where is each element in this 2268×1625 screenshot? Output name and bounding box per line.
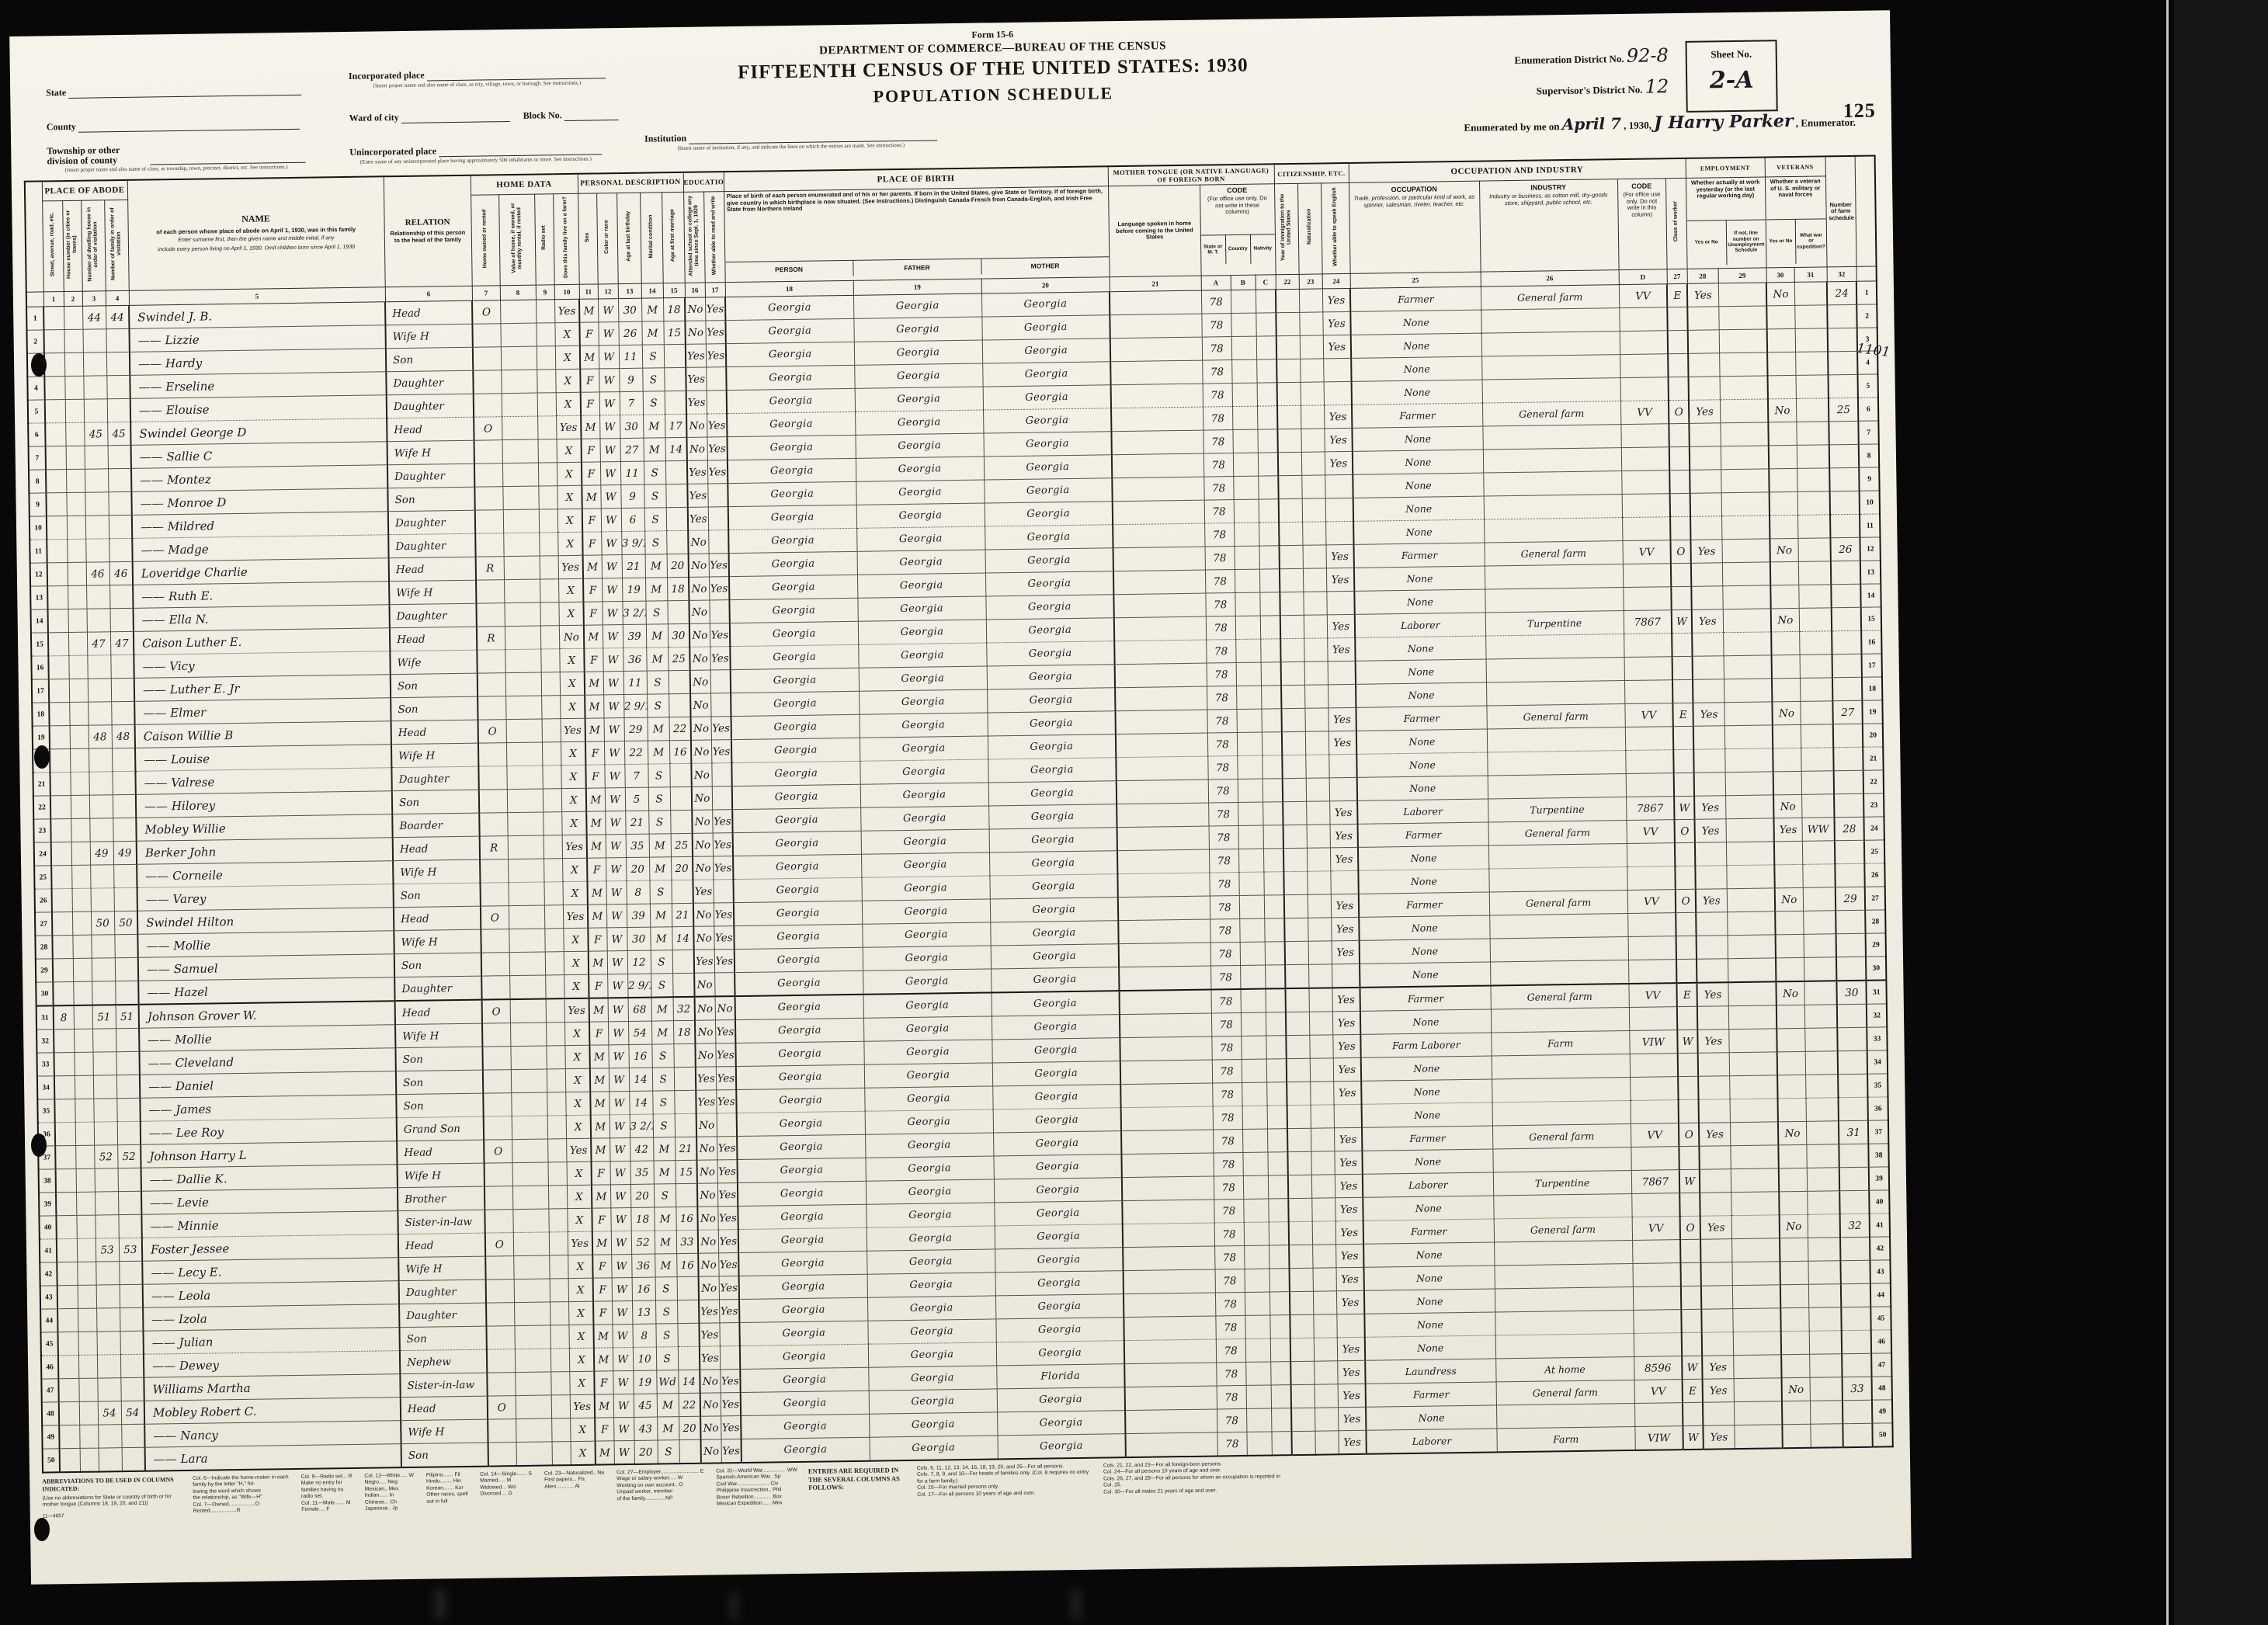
cell-sx: F [579, 322, 598, 345]
cell-blank [1241, 989, 1266, 1013]
cell-blank [64, 329, 82, 352]
cell-bf: Georgia [856, 503, 985, 528]
cell-blank [1301, 475, 1325, 498]
cell-ms: S [653, 1114, 675, 1137]
cell-ind [1495, 1310, 1633, 1335]
cell-ms: M [648, 741, 669, 764]
cell-bp: Georgia [739, 1321, 867, 1345]
cell-am: 15 [676, 1160, 697, 1183]
cell-fa: 48 [112, 724, 135, 748]
cell-fa [108, 445, 131, 468]
cell-blank [1261, 686, 1281, 709]
cell-blank [1723, 609, 1771, 633]
township-field: Township or other division of county (In… [47, 143, 305, 174]
cell-blank [1122, 1153, 1214, 1178]
cell-bf: Georgia [867, 1273, 995, 1297]
column-number: 19 [853, 279, 981, 295]
cell-cr: W [608, 1022, 628, 1045]
cell-sx: F [583, 578, 602, 602]
line-col-head-right [1855, 155, 1877, 266]
cell-blank [1266, 988, 1286, 1012]
cell-hm [481, 976, 509, 1000]
cell-vn [1780, 1261, 1808, 1284]
cell-bp: Georgia [728, 528, 856, 553]
cell-ag: 19 [633, 1370, 656, 1394]
cell-ind [1493, 1193, 1631, 1218]
cell-ind [1483, 425, 1621, 450]
cell-ln: 2 [26, 330, 43, 353]
cell-blank [67, 539, 85, 562]
cell-blank [1126, 1432, 1217, 1457]
cell-blank [75, 1075, 93, 1099]
cell-fm: Yes [562, 835, 587, 858]
cell-bf: Georgia [854, 340, 982, 365]
cell-fs [1828, 328, 1857, 352]
cell-rw [708, 507, 728, 530]
cell-ln: 34 [37, 1076, 54, 1099]
cell-bf: Georgia [859, 666, 987, 691]
cell-blank [542, 766, 561, 789]
cell-rw [710, 600, 730, 623]
cell-blank [1283, 871, 1307, 894]
cell-ag: 35 [626, 834, 649, 857]
cell-am: 15 [663, 321, 685, 344]
cell-blank [1308, 964, 1332, 988]
cell-blank [1270, 1362, 1290, 1385]
cell-od: VV [1629, 983, 1677, 1007]
naturalization-col-head: Naturalization [1297, 183, 1322, 274]
cell-vn: No [1771, 608, 1799, 631]
enumerated-date: April 7 [1562, 114, 1621, 134]
cell-fs [1831, 561, 1860, 585]
cell-blank [1238, 849, 1263, 872]
cell-fm: X [564, 974, 589, 998]
cell-fa [116, 1098, 140, 1121]
cell-blank [550, 1302, 568, 1325]
cell-dw: 44 [82, 306, 106, 329]
cell-sx: F [592, 1161, 610, 1185]
cell-ms: M [646, 624, 668, 648]
state-blank [68, 85, 301, 99]
cell-ca: 78 [1208, 780, 1238, 804]
cell-oc: None [1351, 333, 1481, 358]
cell-ln: 20 [1863, 724, 1883, 747]
cell-am [676, 1183, 697, 1207]
cell-ind: General farm [1481, 285, 1619, 310]
cell-bf: Georgia [869, 1389, 997, 1414]
cell-od [1620, 424, 1669, 448]
veteran-war-label: What war or expedition? [1796, 218, 1826, 264]
cell-nm: —— Lizzie [130, 325, 386, 352]
cell-bm: Georgia [984, 478, 1112, 503]
cell-vw [1801, 748, 1833, 772]
cell-blank [1263, 825, 1283, 849]
punch-hole [34, 1518, 50, 1541]
cell-ind [1488, 774, 1626, 799]
cell-vw [1801, 794, 1834, 818]
entries-left-list: Cols. 6, 11, 12, 13, 14, 16, 18, 19, 20,… [917, 1464, 1096, 1508]
cell-oc: None [1358, 869, 1488, 894]
cell-fs [1839, 1190, 1869, 1214]
cell-blank [1266, 1082, 1287, 1106]
cell-fa: 45 [107, 422, 130, 445]
film-band [2174, 0, 2268, 1625]
cell-blank [1305, 731, 1328, 755]
cell-oc: None [1356, 752, 1487, 777]
cell-ln: 23 [1863, 793, 1884, 817]
cell-oc: Farmer [1363, 1219, 1494, 1244]
cell-ca: 78 [1201, 314, 1231, 338]
relation-note: Relationship of this person to the head … [387, 228, 467, 243]
cell-bm: Georgia [992, 1015, 1120, 1040]
cell-fm: X [561, 788, 586, 811]
cell-oc: None [1365, 1335, 1495, 1360]
cell-cr: W [602, 555, 622, 578]
cell-re: Head [387, 417, 474, 442]
cell-bm: Georgia [993, 1108, 1121, 1133]
enumeration-district-field: Enumeration District No. 92-8 [1514, 44, 1669, 68]
cell-en: Yes [1335, 1197, 1363, 1220]
cell-oc: None [1352, 380, 1482, 405]
farm-schedule-col-head: Number of farm schedule [1825, 156, 1856, 267]
cell-blank [1117, 780, 1208, 804]
cell-rw: Yes [714, 950, 735, 973]
cell-ag: 39 [627, 904, 650, 927]
cell-fa [116, 1075, 140, 1098]
cell-ind [1494, 1240, 1632, 1265]
block-blank [564, 109, 619, 121]
column-number: 6 [385, 286, 472, 302]
cell-blank [1288, 1151, 1311, 1175]
cell-cr: W [606, 858, 626, 881]
cell-ln: 49 [1872, 1400, 1892, 1423]
cell-cr: W [598, 299, 618, 322]
cell-st [50, 796, 71, 819]
cell-fs [1838, 1050, 1867, 1075]
cell-ey [1689, 423, 1720, 447]
cell-bf: Georgia [864, 1063, 992, 1088]
cell-blank [70, 725, 89, 748]
cell-blank [1266, 1036, 1286, 1059]
cell-ln: 34 [1867, 1050, 1888, 1074]
cell-fa [120, 1307, 143, 1331]
cell-blank [1309, 988, 1332, 1012]
cell-ln: 44 [40, 1309, 57, 1332]
home-owned-col-label: Home owned or rented [481, 209, 488, 268]
cell-hm [474, 487, 502, 510]
cell-ca: 78 [1208, 803, 1238, 827]
cell-vn: No [1777, 981, 1804, 1005]
cell-od [1627, 913, 1676, 937]
cell-blank [1315, 1384, 1338, 1408]
cell-bm: Georgia [997, 1387, 1125, 1412]
cell-hm: O [482, 999, 510, 1023]
cell-oc: Laborer [1355, 613, 1485, 637]
cell-vn [1779, 1168, 1807, 1191]
street-col-head: Street, avenue, road, etc. [42, 201, 64, 292]
language-col-head: Language spoken in home before coming to… [1108, 185, 1201, 277]
cell-blank [1280, 592, 1303, 615]
cell-en: Yes [1338, 1407, 1366, 1430]
cell-hm [488, 1419, 516, 1443]
cell-blank [1728, 1029, 1777, 1053]
cell-oc: None [1359, 915, 1489, 940]
cell-fs: 26 [1831, 537, 1860, 561]
cell-blank [509, 929, 544, 953]
column-number: 2 [64, 291, 82, 306]
cell-rw: No [715, 996, 735, 1020]
cell-sc: No [685, 321, 705, 344]
cell-blank [1290, 1361, 1314, 1384]
cell-blank [1734, 1378, 1782, 1402]
cell-vn: No [1782, 1377, 1810, 1401]
cell-ey [1700, 1169, 1731, 1193]
cell-blank [512, 1186, 548, 1210]
cell-fm: X [558, 578, 583, 602]
cell-ca: 78 [1204, 523, 1234, 547]
cell-bf: Georgia [860, 759, 988, 784]
cell-fs [1833, 724, 1863, 748]
cell-fa [121, 1424, 144, 1447]
cell-ca: 78 [1210, 896, 1239, 920]
dwelling-number-col-label: Number of dwelling house in order of vis… [86, 203, 99, 285]
cell-dw: 46 [86, 562, 109, 585]
cell-vw [1797, 445, 1829, 469]
cell-cr: W [598, 322, 618, 345]
cell-od [1624, 657, 1672, 681]
cell-oc: Farmer [1356, 706, 1487, 731]
cell-ind [1483, 471, 1621, 496]
cell-sx: M [584, 625, 603, 648]
cell-cw: E [1683, 1379, 1703, 1402]
cell-blank [1122, 1176, 1214, 1201]
cell-fa [120, 1284, 143, 1307]
cell-fa [106, 352, 130, 375]
cell-fa [108, 491, 131, 515]
code-c-label: Nativity [1251, 234, 1276, 263]
state-label: State [46, 87, 66, 98]
cell-blank [1125, 1386, 1217, 1411]
cell-dw [82, 329, 106, 352]
cell-blank [1279, 522, 1302, 545]
cell-fa [109, 608, 133, 631]
cell-fm: Yes [568, 1231, 592, 1255]
cell-sc: Yes [696, 1067, 716, 1090]
census-scan-scene: Form 15-6 DEPARTMENT OF COMMERCE—BUREAU … [0, 0, 2268, 1625]
cell-blank [1281, 661, 1304, 685]
cell-blank [1235, 616, 1260, 639]
cell-sx: M [585, 718, 604, 741]
cell-ca: 78 [1209, 873, 1238, 897]
cell-blank [66, 446, 85, 469]
cell-st [44, 377, 64, 400]
cell-blank [511, 1069, 547, 1093]
cell-vw [1806, 1144, 1839, 1168]
cell-oc: Laborer [1357, 799, 1488, 824]
cell-fs [1836, 957, 1866, 981]
cell-dw [99, 1448, 122, 1472]
cell-cr: W [610, 1137, 630, 1161]
cell-ln: 8 [29, 470, 46, 493]
cell-sc: No [689, 577, 709, 600]
name-note-1: of each person whose place of abode on A… [131, 225, 380, 235]
cell-re: Daughter [388, 510, 475, 535]
cell-hm [478, 743, 506, 766]
cell-ey [1699, 1099, 1730, 1123]
cell-fa: 46 [109, 561, 133, 585]
cell-blank [1262, 709, 1282, 732]
cell-fm: No [559, 625, 584, 648]
cell-blank [1725, 795, 1773, 819]
cell-blank [548, 1209, 567, 1232]
cell-blank [507, 812, 543, 836]
cell-cr: W [604, 718, 624, 741]
cell-blank [68, 585, 86, 609]
cell-blank [1233, 429, 1258, 453]
cell-blank [77, 1262, 96, 1285]
cell-bm: Georgia [988, 804, 1117, 829]
cell-blank [1286, 1012, 1309, 1035]
cell-hm [476, 603, 504, 627]
industry-col-head: INDUSTRY Industry or business, as cotton… [1479, 179, 1619, 272]
cell-sx: M [580, 345, 599, 369]
cell-sc: Yes [700, 1323, 720, 1346]
cell-blank [1269, 1292, 1290, 1315]
county-field: County [47, 118, 300, 134]
cell-blank [546, 1023, 564, 1046]
cell-fs [1832, 677, 1862, 701]
cell-ln: 49 [42, 1425, 59, 1449]
cell-ms: M [641, 321, 663, 345]
cell-ey [1693, 656, 1724, 680]
cell-bp: Georgia [728, 458, 856, 483]
cell-oc: None [1361, 1056, 1492, 1081]
cell-blank [1265, 942, 1285, 965]
cell-sc: Yes [687, 460, 707, 484]
cell-blank [1231, 290, 1256, 313]
cell-blank [1268, 1175, 1288, 1199]
cell-fm: X [557, 462, 582, 485]
cell-en: Yes [1328, 707, 1356, 731]
cell-cr: W [603, 625, 623, 648]
cell-st [59, 1401, 79, 1425]
cell-cw [1676, 912, 1696, 936]
cell-ind: Turpentine [1485, 611, 1624, 636]
cell-vn [1773, 724, 1801, 748]
cell-ind: Turpentine [1488, 797, 1626, 822]
cell-sc: No [689, 600, 710, 623]
group-mother-tongue: MOTHER TONGUE (OR NATIVE LANGUAGE) OF FO… [1108, 164, 1274, 186]
cell-st [49, 703, 69, 726]
cell-cw: O [1675, 819, 1695, 842]
cell-bp: Georgia [732, 784, 860, 809]
cell-blank [1276, 289, 1299, 312]
radio-col-label: Radio set [541, 225, 547, 250]
cell-fm: Yes [563, 905, 588, 928]
cell-bf: Georgia [856, 433, 984, 458]
cell-re: Daughter [399, 1280, 486, 1304]
cell-blank [1720, 399, 1768, 423]
cell-blank [503, 533, 539, 557]
cell-blank [1283, 801, 1306, 825]
immigration-col-label: Year of immigration to the United States [1280, 186, 1293, 268]
cell-cw [1679, 1146, 1699, 1169]
cell-ln: 24 [1864, 817, 1884, 840]
cell-bp: Georgia [740, 1344, 868, 1369]
cell-blank [1724, 725, 1773, 749]
cell-blank [1240, 942, 1265, 965]
cell-oc: Farmer [1358, 822, 1488, 847]
cell-sx: M [581, 415, 599, 439]
cell-blank [1238, 779, 1263, 802]
cell-cr: W [613, 1370, 633, 1394]
cell-ln: 5 [1858, 374, 1878, 398]
cell-blank [1246, 1408, 1271, 1432]
cell-blank [1257, 406, 1277, 429]
cell-sx: M [590, 1092, 609, 1115]
cell-ey: Yes [1695, 819, 1726, 843]
cell-sc: No [700, 1416, 721, 1439]
cell-en [1324, 381, 1352, 405]
cell-blank [1256, 359, 1276, 383]
cell-vw [1794, 282, 1827, 306]
cell-blank [540, 626, 559, 649]
cell-sx: F [583, 602, 602, 625]
cell-bf: Georgia [861, 829, 989, 854]
cell-blank [540, 556, 558, 579]
cell-rw: Yes [710, 623, 730, 647]
cell-rw [707, 391, 727, 414]
cell-vw [1809, 1331, 1842, 1355]
cell-rw [720, 1346, 740, 1370]
cell-ln: 37 [1868, 1120, 1888, 1144]
column-number: 23 [1299, 274, 1322, 289]
entries-required-block: ENTRIES ARE REQUIRED IN THE SEVERAL COLU… [808, 1460, 1283, 1509]
cell-blank [76, 1215, 95, 1238]
cell-ca: 78 [1215, 1292, 1245, 1316]
birth-note: Place of birth of each person enumerated… [724, 186, 1109, 262]
cell-vw [1801, 771, 1834, 795]
read-write-col-label: Whether able to read and write [710, 196, 717, 275]
cell-blank [1262, 732, 1282, 755]
cell-fm: X [569, 1348, 594, 1371]
cell-ind [1495, 1333, 1634, 1358]
cell-blank [1263, 872, 1283, 895]
cell-blank [1237, 709, 1262, 732]
cell-sx: F [593, 1301, 612, 1325]
cell-blank [541, 672, 560, 696]
cell-bp: Georgia [728, 435, 856, 460]
cell-fs [1831, 584, 1860, 608]
cell-vn [1782, 1401, 1810, 1424]
cell-blank [1287, 1128, 1311, 1151]
cell-blank [540, 649, 559, 672]
cell-fs: 30 [1837, 981, 1867, 1005]
cell-re: Son [401, 1443, 488, 1467]
cell-re: Sister-in-law [398, 1210, 485, 1234]
cell-st [49, 679, 69, 703]
cell-bp: Georgia [741, 1414, 869, 1439]
cell-ag: 5 [625, 787, 648, 811]
cell-nm: —— Lara [145, 1444, 401, 1471]
cell-am: 14 [672, 926, 693, 950]
cell-dw [89, 748, 112, 772]
cell-vw [1805, 1051, 1838, 1075]
cell-ca: 78 [1203, 477, 1233, 501]
cell-sx: M [588, 905, 606, 928]
census-form-page: Form 15-6 DEPARTMENT OF COMMERCE—BUREAU … [9, 10, 1912, 1585]
cell-re: Wife H [395, 1023, 482, 1048]
